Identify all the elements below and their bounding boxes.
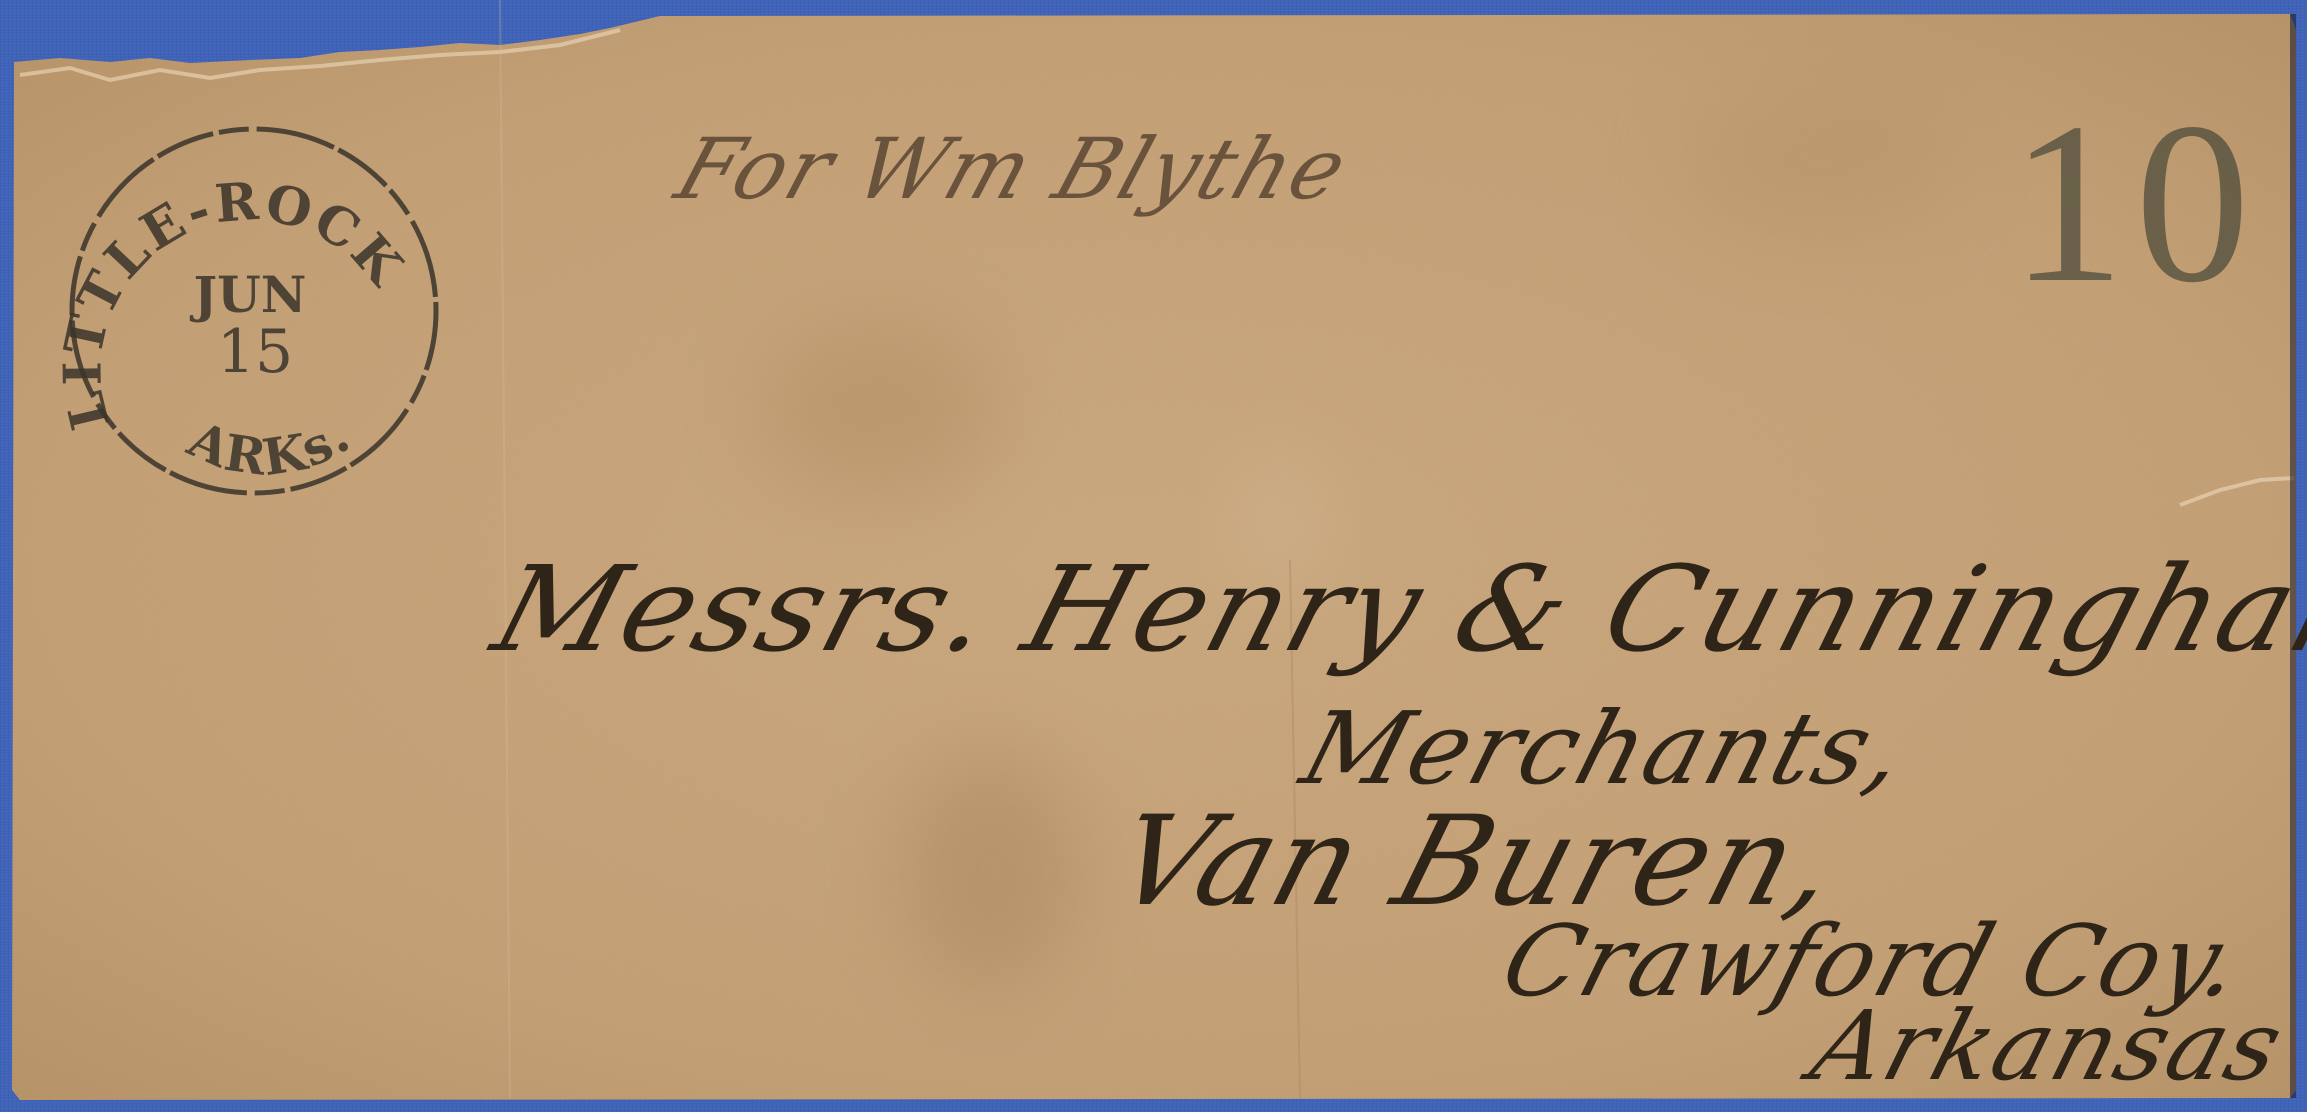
scanned-cover: LITTLE-ROCK ARKs. JUN 15 10 For Wm Blyth… (0, 0, 2307, 1112)
postmark-day: 15 (217, 317, 293, 387)
postmark-month: JUN (190, 265, 307, 324)
stain (760, 320, 1000, 500)
envelope: LITTLE-ROCK ARKs. JUN 15 (0, 0, 2307, 1112)
